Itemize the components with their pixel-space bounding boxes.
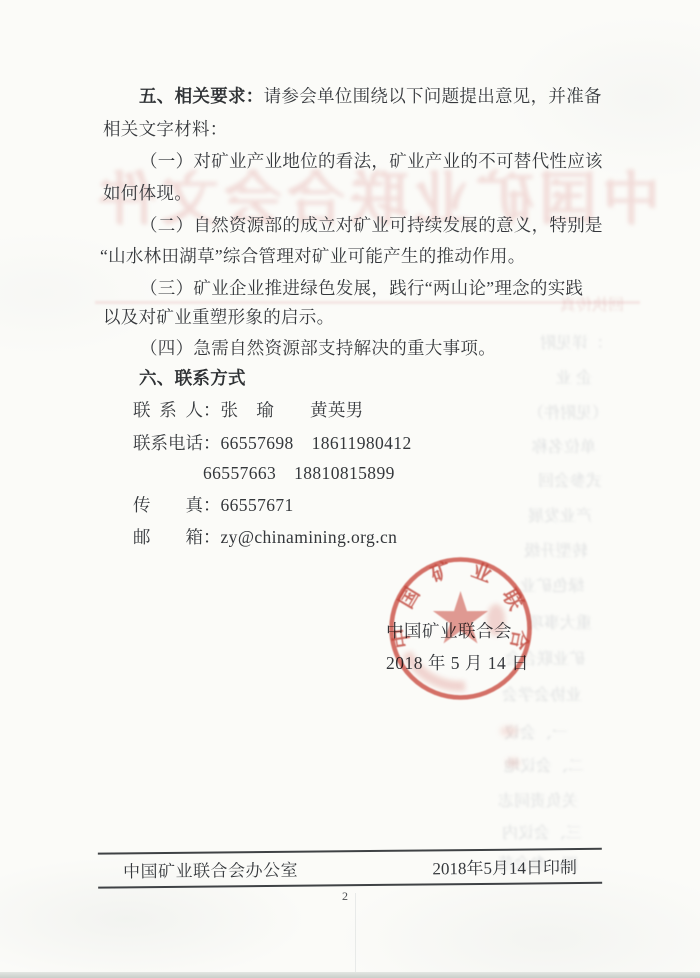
body-text: （四）急需自然资源部支持解决的重大事项。	[140, 338, 496, 358]
body-text: （二）自然资源部的成立对矿业可持续发展的意义，特别是	[140, 215, 603, 235]
section-heading: 五、相关要求：	[139, 86, 264, 106]
contact-row-email: 邮箱：zy@chinamining.org.cn	[133, 525, 397, 549]
footer: 中国矿业联合会办公室 2018年5月14日印制	[0, 844, 700, 893]
body-line: “山水林田湖草”综合管理对矿业可能产生的推动作用。	[100, 244, 526, 268]
contact-row-phone2: 66557663 18810815899	[133, 461, 395, 485]
seal-star-icon	[433, 591, 488, 644]
contact-colon: ：	[203, 527, 221, 547]
contact-value: zy@chinamining.org.cn	[221, 527, 398, 547]
scan-fold-line	[355, 893, 356, 975]
contact-label: 联系人	[133, 398, 203, 422]
footer-rule-top	[98, 848, 602, 855]
contact-label: 联系电话	[133, 431, 203, 455]
footer-office: 中国矿业联合会办公室	[123, 860, 298, 884]
official-seal: 中国矿业联合会	[383, 551, 538, 706]
contact-label: 邮箱	[133, 525, 203, 549]
body-line: 五、相关要求：请参会单位围绕以下问题提出意见，并准备	[139, 84, 602, 108]
contact-value: 66557698 18611980412	[221, 433, 412, 453]
body-line: （一）对矿业产业地位的看法，矿业产业的不可替代性应该	[140, 149, 603, 173]
body-text: 如何体现。	[103, 183, 192, 203]
contact-colon: ：	[203, 400, 221, 420]
bleedthrough-text: 关负责同志	[498, 788, 578, 811]
body-text: 相关文字材料：	[103, 119, 228, 139]
bleedthrough-text: 产业发展	[528, 503, 592, 526]
bleedthrough-text: 式参会回	[538, 468, 602, 491]
bleedthrough-text: （见附件）	[528, 400, 608, 423]
body-line: 以及对矿业重塑形象的启示。	[103, 305, 334, 329]
contact-row-fax: 传真：66557671	[133, 493, 294, 517]
seal-smudge	[487, 604, 505, 636]
bleedthrough-text: 三、会议内	[502, 820, 582, 843]
bleedthrough-red-mark	[500, 726, 518, 736]
body-text: （三）矿业企业推进绿色发展，践行“两山论”理念的实践	[140, 278, 583, 298]
body-line: （三）矿业企业推进绿色发展，践行“两山论”理念的实践	[140, 276, 583, 300]
bleedthrough-red-rule	[95, 301, 640, 304]
section-heading: 六、联系方式	[139, 368, 246, 388]
contact-colon: ：	[203, 495, 221, 515]
body-text: “山水林田湖草”综合管理对矿业可能产生的推动作用。	[100, 246, 526, 266]
scan-bottom-edge	[0, 972, 700, 978]
body-line: 六、联系方式	[139, 366, 246, 390]
bleedthrough-text: 单位名称	[532, 434, 596, 457]
contact-value: 66557671	[221, 495, 294, 515]
body-line: （二）自然资源部的成立对矿业可持续发展的意义，特别是	[140, 213, 603, 237]
bleedthrough-red-mark	[506, 758, 520, 767]
contact-label: 传真	[133, 493, 203, 517]
body-text: （一）对矿业产业地位的看法，矿业产业的不可替代性应该	[140, 151, 603, 171]
bleedthrough-text: ：详见附	[540, 330, 604, 353]
body-line: 相关文字材料：	[103, 117, 228, 141]
contact-row-phone: 联系电话：66557698 18611980412	[133, 431, 412, 455]
contact-colon: ：	[203, 433, 221, 453]
document-page: 中国矿业联合会文件 回执传真 ：详见附 企 业 （见附件） 单位名称 式参会回 …	[0, 0, 700, 978]
footer-print-date: 2018年5月14日印制	[420, 857, 577, 881]
contact-row-person: 联系人：张 瑜 黄英男	[133, 398, 364, 422]
bleedthrough-text: 企 业	[556, 365, 592, 388]
contact-value: 张 瑜 黄英男	[221, 400, 364, 420]
body-text: 请参会单位围绕以下问题提出意见，并准备	[264, 86, 602, 106]
body-text: 以及对矿业重塑形象的启示。	[103, 307, 334, 327]
body-line: （四）急需自然资源部支持解决的重大事项。	[140, 336, 496, 360]
body-line: 如何体现。	[103, 181, 192, 205]
contact-value: 66557663 18810815899	[203, 463, 395, 483]
